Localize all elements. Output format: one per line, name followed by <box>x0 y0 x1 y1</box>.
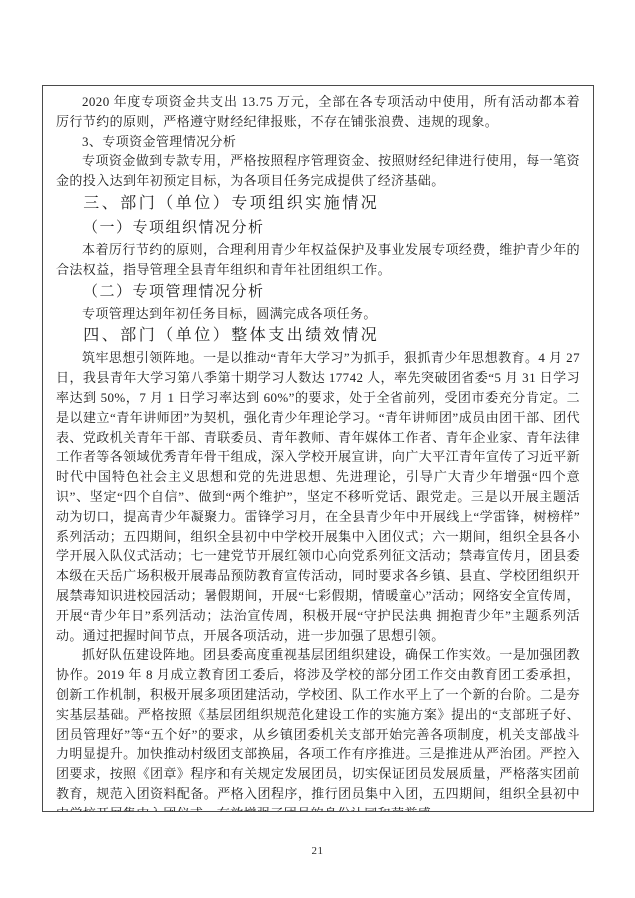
para-funds-management-subheading: 3、专项资金管理情况分析 <box>56 132 580 152</box>
heading-section-three: 三、部门（单位）专项组织实施情况 <box>56 191 580 216</box>
document-page: 2020 年度专项资金共支出 13.75 万元，全部在各专项活动中使用，所有活动… <box>0 0 635 898</box>
heading-organization-analysis: （一）专项组织情况分析 <box>56 216 580 240</box>
para-organization-analysis: 本着厉行节约的原则，合理利用青少年权益保护及事业发展专项经费，维护青少年的合法权… <box>56 240 580 280</box>
para-team-building: 抓好队伍建设阵地。团县委高度重视基层团组织建设，确保工作实效。一是加强团教协作。… <box>56 645 580 812</box>
para-funds-expenditure: 2020 年度专项资金共支出 13.75 万元，全部在各专项活动中使用，所有活动… <box>56 92 580 132</box>
para-ideology-position: 筑牢思想引领阵地。一是以推动“青年大学习”为抓手，狠抓青少年思想教育。4 月 2… <box>56 348 580 645</box>
para-funds-management-analysis: 专项资金做到专款专用，严格按照程序管理资金、按照财经纪律进行使用，每一笔资金的投… <box>56 151 580 191</box>
heading-section-four: 四、部门（单位）整体支出绩效情况 <box>56 323 580 348</box>
para-management-analysis: 专项管理达到年初任务目标，圆满完成各项任务。 <box>56 304 580 324</box>
report-table-cell: 2020 年度专项资金共支出 13.75 万元，全部在各专项活动中使用，所有活动… <box>42 85 594 812</box>
heading-management-analysis: （二）专项管理情况分析 <box>56 280 580 304</box>
page-number: 21 <box>0 845 635 857</box>
